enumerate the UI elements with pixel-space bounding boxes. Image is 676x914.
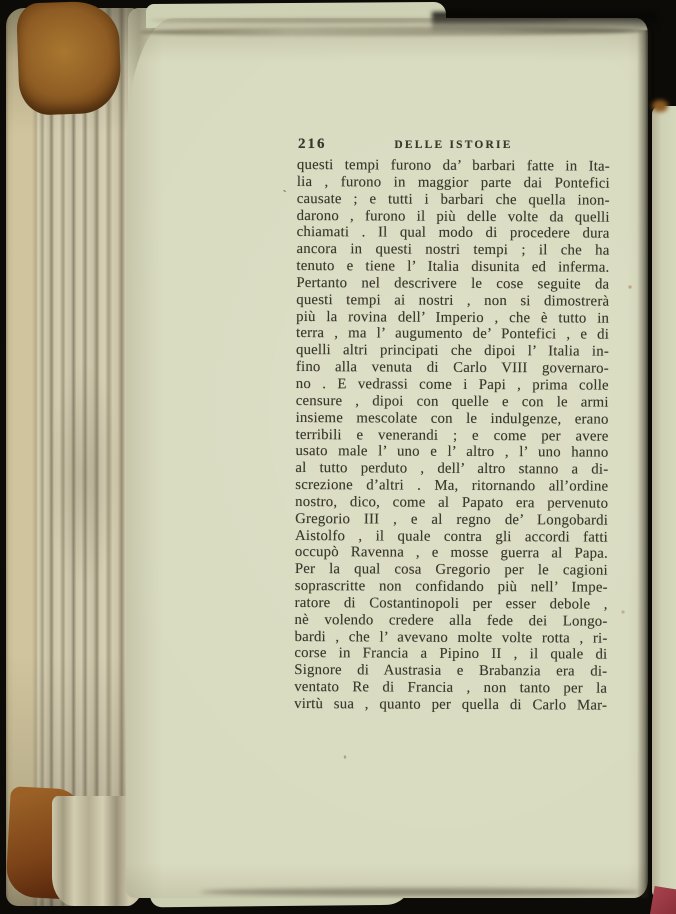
text-line: Aistolfo , il quale contra gli accordi f…	[295, 528, 608, 546]
text-line: Per la qual cosa Gregorio per le cagioni	[295, 561, 608, 579]
text-line: nè volendo credere alla fede dei Longo-	[295, 612, 608, 630]
text-line: soprascritte non confidando più nell’ Im…	[295, 578, 608, 596]
text-line: nostro, dico, come al Papato era pervenu…	[295, 494, 608, 512]
text-line: no . E vedrassi come i Papi , prima coll…	[296, 376, 609, 394]
text-line: usato male l’ uno e l’ altro , l’ uno ha…	[295, 443, 608, 461]
text-line: più la rovina dell’ Imperio , che è tutt…	[296, 309, 609, 327]
text-line: chiamati . Il qual modo di procedere dur…	[297, 224, 610, 242]
text-line: causate ; e tutti i barbari che quella i…	[297, 191, 610, 209]
text-line: questi tempi furono da’ barbari fatte in…	[297, 157, 610, 175]
text-line: Gregorio III , e al regno de’ Longobardi	[295, 511, 608, 529]
running-header: DELLE ISTORIE	[297, 139, 610, 151]
text-line: ratore di Costantinopoli per esser debol…	[295, 595, 608, 613]
text-line: insieme mescolate con le indulgenze, era…	[296, 410, 609, 428]
text-line: darono , furono il più delle volte da qu…	[297, 208, 610, 226]
text-line: terra , ma l’ augumento de’ Pontefici , …	[296, 325, 609, 343]
text-line: Pertanto nel descrivere le cose seguite …	[296, 275, 609, 293]
text-line: fino alla venuta di Carlo VIII governaro…	[296, 359, 609, 377]
page-top-right-shadow	[432, 12, 657, 32]
text-line: quelli altri principati che dipoi l’ Ita…	[296, 342, 609, 360]
text-line: censure , dipoi con quelle e con le armi	[296, 393, 609, 411]
next-page-sliver	[652, 106, 676, 896]
text-line: occupò Ravenna , e mosse guerra al Papa.	[295, 544, 608, 562]
book-scan: 216 DELLE ISTORIE ` questi tempi furono …	[0, 0, 676, 914]
text-line: al tutto perduto , dell’ altro stanno a …	[295, 460, 608, 478]
page-bottom-edge-smudge	[200, 888, 640, 896]
body-lines: questi tempi furono da’ barbari fatte in…	[294, 157, 610, 714]
book-fore-edge-page-stack	[6, 8, 136, 906]
text-line: ancora in questi nostri tempi ; il che h…	[296, 241, 609, 259]
text-line: screzione d’altri . Ma, ritornando all’o…	[295, 477, 608, 495]
text-line: ventato Re di Francia , non tanto per la	[294, 679, 607, 697]
text-line: bardi , che l’ avevano molte volte rotta…	[294, 629, 607, 647]
text-line: terribili e venerandi ; e come per avere	[296, 426, 609, 444]
text-line: corse in Francia a Pipino II , il quale …	[294, 645, 607, 663]
text-line: tenuto e tiene l’ Italia disunita ed inf…	[296, 258, 609, 276]
leather-cover-top-corner	[16, 0, 122, 115]
text-line: lia , furono in maggior parte dai Pontef…	[297, 174, 610, 192]
next-page-sliver-smudge	[652, 100, 668, 112]
text-line: questi tempi ai nostri , non si dimostre…	[296, 292, 609, 310]
text-line: virtù sua , quanto per quella di Carlo M…	[294, 696, 607, 714]
text-line: Signore di Austrasia e Brabanzia era di-	[294, 662, 607, 680]
